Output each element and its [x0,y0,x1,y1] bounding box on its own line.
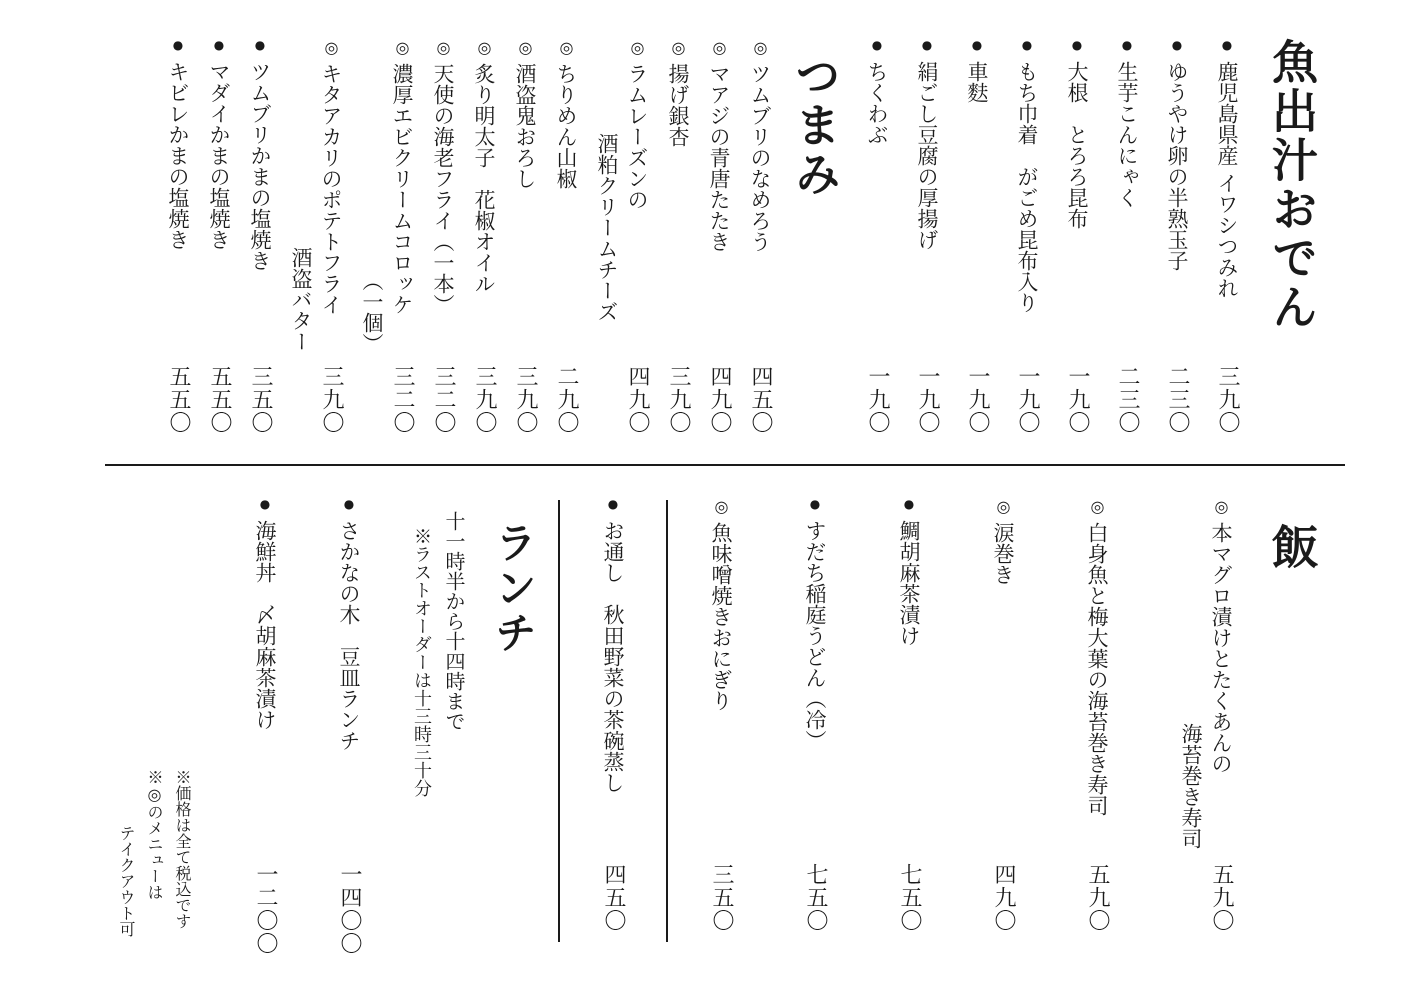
item-name-line2: 海苔巻き寿司 [1176,723,1206,863]
tax-note: ※価格は全て税込です [168,769,196,967]
dot-bullet: ● [598,497,628,511]
menu-item: ◎マアジの青唐たたき 四九〇 [704,38,734,442]
item-name: 生芋こんにゃく [1115,61,1139,208]
item-price: 一九〇 [1062,365,1092,434]
item-name: 炙り明太子 花椒オイル [472,63,496,294]
dot-bullet: ● [250,497,280,511]
item-price: 三九〇 [510,365,540,434]
menu-item: ●キビレかまの塩焼き 五五〇 [163,38,193,442]
item-price: 一二〇〇 [250,863,280,955]
item-price: 五九〇 [1206,863,1236,932]
item-price: 四五〇 [598,863,628,932]
item-name: すだち稲庭うどん（冷） [803,520,827,751]
double-circle-bullet: ◎ [316,38,346,57]
menu-item: ●大根 とろろ昆布 一九〇 [1062,38,1092,442]
menu-item: ◎揚げ銀杏 三九〇 [663,38,693,442]
item-name: マアジの青唐たたき [707,63,731,252]
item-price: 二三〇 [1162,365,1192,434]
item-price: 一九〇 [1012,365,1042,434]
double-circle-bullet: ◎ [1082,497,1112,516]
bottom-band: 飯 ◎本マグロ漬けとたくあんの 海苔巻き寿司 五九〇 ◎白身魚と梅大葉の海苔巻き… [108,497,1319,967]
double-circle-bullet: ◎ [428,38,458,57]
menu-item: ◎濃厚エビクリームコロッケ （一個） 三二〇 [357,38,417,442]
dot-bullet: ● [1062,38,1092,52]
top-band: 魚出汁おでん ●鹿児島県産 イワシつみれ 三九〇 ●ゆうやけ卵の半熟玉子 二三〇… [152,38,1319,442]
item-name: 天使の海老フライ（一本） [431,63,455,315]
item-name: 揚げ銀杏 [666,63,690,147]
item-name: キタアカリのポテトフライ [319,63,343,315]
item-name: ちりめん山椒 [554,63,578,189]
double-circle-bullet: ◎ [663,38,693,57]
item-price: 四九〇 [704,365,734,434]
menu-item: ◎天使の海老フライ（一本） 三二〇 [428,38,458,442]
menu-item: ◎ちりめん山椒 二九〇 [551,38,581,442]
item-name: マダイかまの塩焼き [207,61,231,250]
menu-item: ●海鮮丼 〆胡麻茶漬け 一二〇〇 [250,497,280,967]
menu-item: ●ツムブリかまの塩焼き 三五〇 [245,38,275,442]
item-name: 本マグロ漬けとたくあんの [1209,522,1233,774]
tsumami-section-title: つまみ [787,52,842,442]
item-name: ツムブリのなめろう [748,63,772,252]
double-circle-bullet: ◎ [469,38,499,57]
item-name-line2: 酒盗バター [286,247,316,365]
item-name-line2: 酒粕クリームチーズ [592,133,622,365]
dot-bullet: ● [962,38,992,52]
item-price: 七五〇 [800,863,830,932]
item-name: ゆうやけ卵の半熟玉子 [1165,61,1189,271]
menu-item: ●もち巾着 がごめ昆布入り 一九〇 [1012,38,1042,442]
item-name: 絹ごし豆腐の厚揚げ [915,61,939,250]
item-price: 三二〇 [387,365,417,434]
double-circle-bullet: ◎ [510,38,540,57]
item-name: 涙巻き [991,522,1015,585]
menu-item: ◎酒盗鬼おろし 三九〇 [510,38,540,442]
dot-bullet: ● [1162,38,1192,52]
horizontal-divider [105,464,1345,466]
vertical-divider [558,500,560,942]
lunch-section-title: ランチ [488,521,538,967]
item-name: ちくわぶ [865,61,889,145]
menu-item: ●マダイかまの塩焼き 五五〇 [204,38,234,442]
double-circle-bullet: ◎ [745,38,775,57]
menu-item: ◎炙り明太子 花椒オイル 三九〇 [469,38,499,442]
item-price: 四九〇 [622,365,652,434]
item-price: 一四〇〇 [334,863,364,955]
menu-item: ●絹ごし豆腐の厚揚げ 一九〇 [912,38,942,442]
menu-item: ●すだち稲庭うどん（冷） 七五〇 [800,497,830,967]
item-name: 白身魚と梅大葉の海苔巻き寿司 [1085,522,1109,816]
dot-bullet: ● [1212,38,1242,52]
item-name: 大根 とろろ昆布 [1065,61,1089,229]
item-name: 鹿児島県産 イワシつみれ [1215,61,1239,299]
menu-item: ◎キタアカリのポテトフライ 酒盗バター 三九〇 [286,38,346,442]
menu-item: ●生芋こんにゃく 二三〇 [1112,38,1142,442]
item-name: さかなの木 豆皿ランチ [337,520,361,751]
menu-item: ●ちくわぶ 一九〇 [862,38,892,442]
menu-item: ●お通し 秋田野菜の茶碗蒸し 四五〇 [598,497,628,967]
menu-item: ●さかなの木 豆皿ランチ 一四〇〇 [334,497,364,967]
footer-notes: ※価格は全て税込です ※◎のメニューは テイクアウト可 [112,769,196,967]
item-price: 三九〇 [663,365,693,434]
item-name: 鯛胡麻茶漬け [897,520,921,646]
dot-bullet: ● [334,497,364,511]
double-circle-bullet: ◎ [622,38,652,57]
lunch-hours: 十一時半から十四時まで [440,511,468,967]
item-name: もち巾着 がごめ昆布入り [1015,61,1039,313]
vertical-divider [666,500,668,942]
item-name: 酒盗鬼おろし [513,63,537,189]
oden-section-title: 魚出汁おでん [1264,38,1319,442]
menu-item: ◎白身魚と梅大葉の海苔巻き寿司 五九〇 [1082,497,1112,967]
item-price: 二三〇 [1112,365,1142,434]
item-price: 三九〇 [1212,365,1242,434]
menu-item: ◎ツムブリのなめろう 四五〇 [745,38,775,442]
menu-item: ●ゆうやけ卵の半熟玉子 二三〇 [1162,38,1192,442]
double-circle-bullet: ◎ [551,38,581,57]
menu-page: { "colors": {"ink": "#1a1a1a", "paper": … [0,0,1416,1002]
item-name: キビレかまの塩焼き [166,61,190,250]
item-price: 三九〇 [316,365,346,434]
item-price: 一九〇 [862,365,892,434]
item-price: 五九〇 [1082,863,1112,932]
item-name-line2: （一個） [357,270,387,365]
lunch-last-order-note: ※ラストオーダーは十三時三十分 [408,527,434,967]
item-price: 二九〇 [551,365,581,434]
item-price: 七五〇 [894,863,924,932]
item-price: 一九〇 [912,365,942,434]
menu-item: ●車麩 一九〇 [962,38,992,442]
item-price: 四九〇 [988,863,1018,932]
dot-bullet: ● [163,38,193,52]
double-circle-bullet: ◎ [387,38,417,57]
item-name: 濃厚エビクリームコロッケ [390,63,414,315]
double-circle-bullet: ◎ [988,497,1018,516]
item-price: 四五〇 [745,365,775,434]
dot-bullet: ● [1112,38,1142,52]
item-price: 三五〇 [245,365,275,434]
dot-bullet: ● [800,497,830,511]
item-name: 海鮮丼 〆胡麻茶漬け [253,520,277,730]
item-price: 一九〇 [962,365,992,434]
menu-item: ●鯛胡麻茶漬け 七五〇 [894,497,924,967]
takeout-note-line2: テイクアウト可 [112,825,140,967]
item-name: 車麩 [965,61,989,103]
takeout-note: ※◎のメニューは [140,769,168,967]
item-name: お通し 秋田野菜の茶碗蒸し [601,520,625,793]
item-price: 五五〇 [204,365,234,434]
double-circle-bullet: ◎ [706,497,736,516]
dot-bullet: ● [245,38,275,52]
menu-item: ◎ラムレーズンの 酒粕クリームチーズ 四九〇 [592,38,652,442]
dot-bullet: ● [862,38,892,52]
item-price: 三二〇 [428,365,458,434]
double-circle-bullet: ◎ [704,38,734,57]
menu-item: ◎本マグロ漬けとたくあんの 海苔巻き寿司 五九〇 [1176,497,1236,967]
item-name: ツムブリかまの塩焼き [248,61,272,271]
dot-bullet: ● [1012,38,1042,52]
item-price: 三五〇 [706,863,736,932]
menu-item: ◎涙巻き 四九〇 [988,497,1018,967]
item-name: 魚味噌焼きおにぎり [709,522,733,711]
dot-bullet: ● [894,497,924,511]
double-circle-bullet: ◎ [1206,497,1236,516]
dot-bullet: ● [204,38,234,52]
dot-bullet: ● [912,38,942,52]
menu-item: ●鹿児島県産 イワシつみれ 三九〇 [1212,38,1242,442]
item-name: ラムレーズンの [625,63,649,210]
meshi-section-title: 飯 [1264,523,1319,967]
item-price: 五五〇 [163,365,193,434]
menu-item: ◎魚味噌焼きおにぎり 三五〇 [706,497,736,967]
item-price: 三九〇 [469,365,499,434]
